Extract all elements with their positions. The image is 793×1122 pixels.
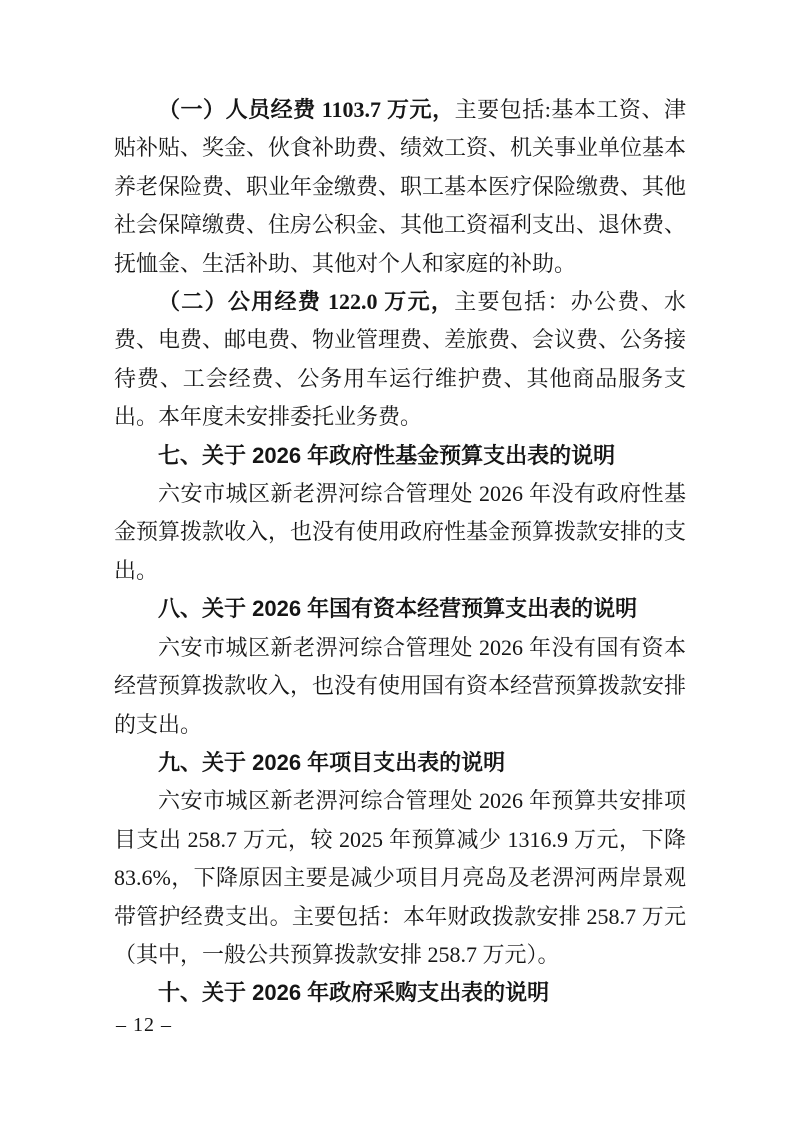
section-heading: 八、关于 2026 年国有资本经营预算支出表的说明: [114, 590, 686, 628]
page-number: – 12 –: [116, 1012, 172, 1038]
document-body: （一）人员经费 1103.7 万元，主要包括:基本工资、津贴补贴、奖金、伙食补助…: [114, 91, 686, 1013]
document-page: （一）人员经费 1103.7 万元，主要包括:基本工资、津贴补贴、奖金、伙食补助…: [0, 0, 793, 1122]
section-heading: 十、关于 2026 年政府采购支出表的说明: [114, 974, 686, 1012]
section-heading: 九、关于 2026 年项目支出表的说明: [114, 744, 686, 782]
body-paragraph: （二）公用经费 122.0 万元，主要包括：办公费、水费、电费、邮电费、物业管理…: [114, 283, 686, 437]
body-paragraph: 六安市城区新老淠河综合管理处 2026 年没有国有资本经营预算拨款收入，也没有使…: [114, 629, 686, 744]
body-paragraph: 六安市城区新老淠河综合管理处 2026 年预算共安排项目支出 258.7 万元，…: [114, 782, 686, 974]
paragraph-lead: （一）人员经费 1103.7 万元，: [158, 97, 455, 122]
body-paragraph: （一）人员经费 1103.7 万元，主要包括:基本工资、津贴补贴、奖金、伙食补助…: [114, 91, 686, 283]
paragraph-lead: （二）公用经费 122.0 万元，: [158, 289, 454, 314]
body-paragraph: 六安市城区新老淠河综合管理处 2026 年没有政府性基金预算拨款收入，也没有使用…: [114, 475, 686, 590]
section-heading: 七、关于 2026 年政府性基金预算支出表的说明: [114, 437, 686, 475]
